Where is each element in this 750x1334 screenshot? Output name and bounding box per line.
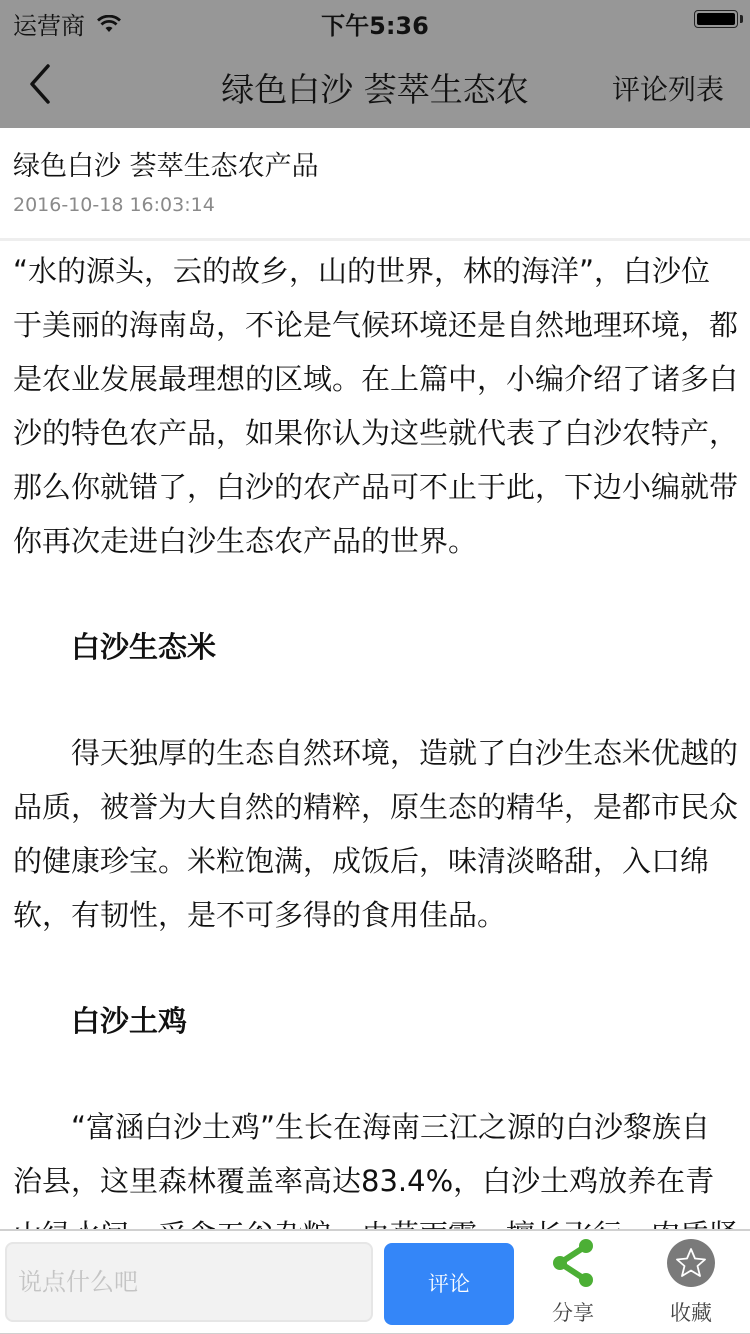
battery-icon — [694, 10, 738, 28]
article-body[interactable]: “水的源头，云的故乡，山的世界，林的海洋”，白沙位于美丽的海南岛，不论是气候环境… — [13, 244, 738, 1229]
navigation-bar: 绿色白沙 荟萃生态农 评论列表 — [0, 40, 750, 128]
comment-bar: 说点什么吧 评论 分享 收藏 — [0, 1229, 750, 1334]
article-title: 绿色白沙 荟萃生态农产品 — [13, 144, 319, 183]
comment-input[interactable]: 说点什么吧 — [5, 1242, 373, 1322]
share-label: 分享 — [533, 1297, 613, 1327]
article-date: 2016-10-18 16:03:14 — [13, 194, 215, 216]
top-bar: 运营商 下午5:36 绿色白沙 荟萃生态农 评论列表 — [0, 0, 750, 128]
article-header: 绿色白沙 荟萃生态农产品 2016-10-18 16:03:14 — [0, 128, 750, 241]
status-bar: 运营商 下午5:36 — [0, 0, 750, 40]
status-time: 下午5:36 — [0, 6, 750, 41]
section-heading: 白沙土鸡 — [13, 994, 738, 1048]
share-button[interactable]: 分享 — [533, 1237, 613, 1327]
section-heading: 白沙生态米 — [13, 620, 738, 674]
favorite-button[interactable]: 收藏 — [651, 1237, 731, 1327]
favorite-label: 收藏 — [651, 1297, 731, 1327]
star-icon — [665, 1237, 717, 1289]
comment-list-button[interactable]: 评论列表 — [612, 68, 724, 108]
section-paragraph: “富涵白沙土鸡”生长在海南三江之源的白沙黎族自治县，这里森林覆盖率高达83.4%… — [13, 1100, 738, 1229]
submit-comment-button[interactable]: 评论 — [384, 1243, 514, 1325]
share-icon — [548, 1237, 598, 1289]
section-paragraph: 得天独厚的生态自然环境，造就了白沙生态米优越的品质，被誉为大自然的精粹，原生态的… — [13, 726, 738, 942]
article-intro: “水的源头，云的故乡，山的世界，林的海洋”，白沙位于美丽的海南岛，不论是气候环境… — [13, 244, 738, 568]
